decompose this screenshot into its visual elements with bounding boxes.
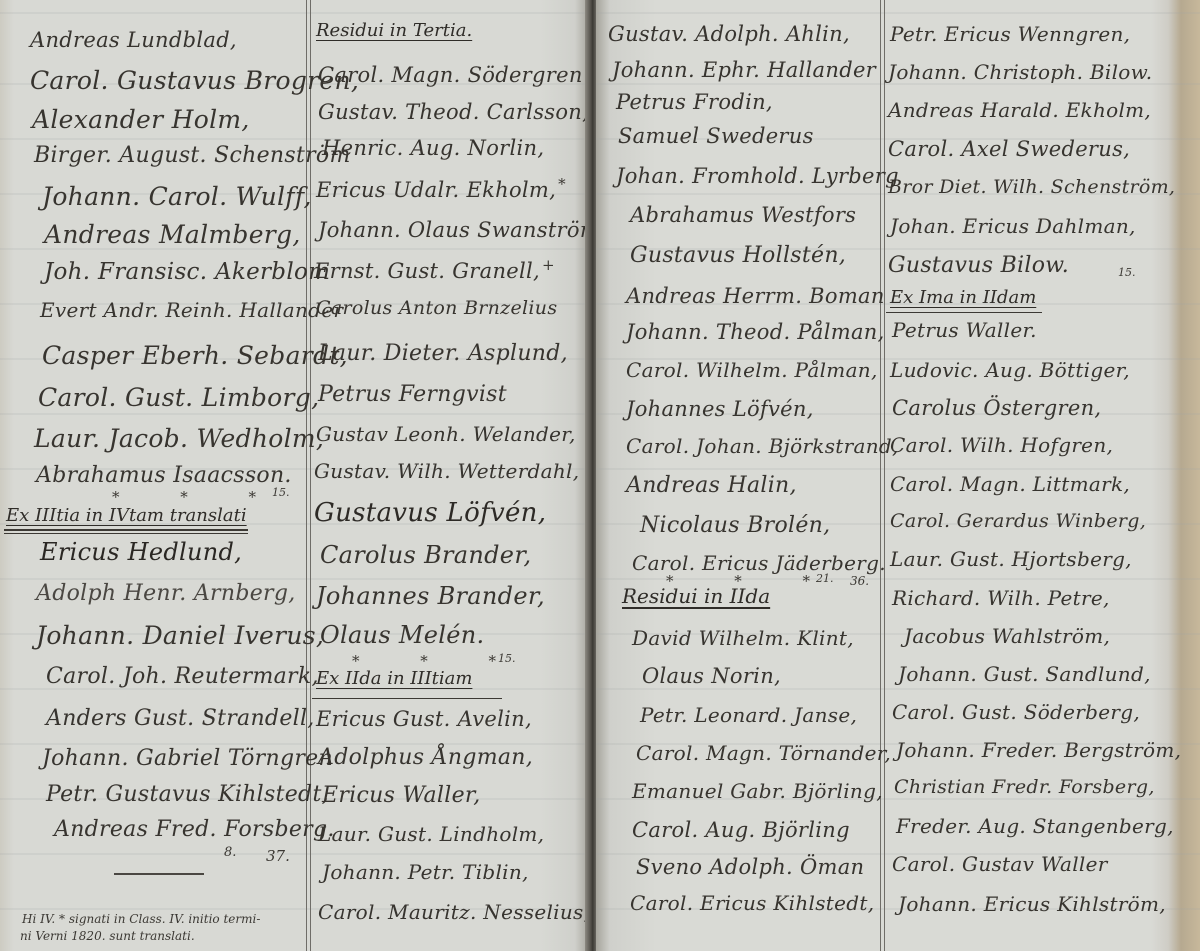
name-entry: Joh. Fransisc. Akerblom [44,259,330,285]
name-entry: Gustavus Hollstén, [630,243,846,268]
name-entry: Carol. Axel Swederus, [888,137,1130,161]
name-entry: Carol. Gerardus Winberg, [890,510,1146,532]
name-entry: Petrus Waller. [892,318,1037,342]
name-entry: Andreas Halin, [626,473,797,498]
section-heading: Ex Ima in IIdam [890,287,1036,308]
name-entry: Jacobus Wahlström, [904,624,1110,648]
name-entry: Johan. Ericus Dahlman, [890,214,1136,238]
tally: 8. [224,845,236,860]
name-entry: Carol. Johan. Björkstrand, [626,434,899,458]
name-entry: Henric. Aug. Norlin, [322,136,544,160]
section-heading: Ex IIda in IIItiam [316,668,472,689]
section-heading: Ex IIItia in IVtam translati [6,505,247,526]
name-entry: Ernst. Gust. Granell,+ [314,256,555,283]
ledger-spread: Andreas Lundblad, Carol. Gustavus Brogre… [0,0,1200,951]
name-entry: Laur. Dieter. Asplund, [318,341,568,366]
name-entry: Carol. Joh. Reutermark, [46,664,319,689]
footnote-line: ni Verni 1820. sunt translati. [20,928,195,945]
name-entry: Birger. August. Schenström [34,143,351,168]
name-entry: Carol. Wilh. Hofgren, [890,433,1113,457]
star-mark: * [558,175,566,193]
name-entry: Olaus Melén. [320,621,484,649]
name-entry: Bror Diet. Wilh. Schenström, [888,176,1175,198]
name-entry: Johan. Fromhold. Lyrberg [616,164,899,188]
name-entry: Sveno Adolph. Öman [636,855,864,879]
name-entry: Nicolaus Brolén, [640,513,830,538]
name-entry: Petr. Leonard. Janse, [640,703,857,727]
footnote-line: Hi IV. * signati in Class. IV. initio te… [22,911,260,928]
name-entry: Johann. Daniel Iverus, [36,621,324,650]
name-entry: Johann. Theod. Pålman, [626,320,885,344]
name-entry: Gustav. Adolph. Ahlin, [608,22,850,46]
name-entry: Abrahamus Westfors [630,203,856,227]
name-entry: Petr. Ericus Wenngren, [890,22,1130,46]
name-entry: Richard. Wilh. Petre, [892,586,1110,610]
name-entry: Johannes Löfvén, [626,397,814,421]
name-entry: Johann. Petr. Tiblin, [322,860,529,884]
name-entry: Laur. Jacob. Wedholm, [34,424,324,453]
name-entry: Carol. Magn. Littmark, [890,472,1130,496]
name-entry: Adolph Henr. Arnberg, [36,581,296,606]
column-3: Gustav. Adolph. Ahlin, Johann. Ephr. Hal… [596,0,880,951]
name-entry: Casper Eberh. Sebardt, [42,341,348,370]
name-entry: Carol. Ericus Kihlstedt, [630,891,874,915]
name-entry: Gustav. Theod. Carlsson,* [318,97,588,124]
name-entry: Petrus Frodin, [616,90,773,114]
name-entry: Freder. Aug. Stangenberg, [896,814,1174,838]
name-entry: Andreas Fred. Forsberg. [54,817,335,842]
name-entry: Samuel Swederus [618,124,814,148]
name-entry: Petr. Gustavus Kihlstedt, [46,782,329,807]
section-marks: * * * [112,488,284,506]
name-entry: Carol. Gustav Waller [892,852,1108,876]
column-1: Andreas Lundblad, Carol. Gustavus Brogre… [0,0,306,951]
name-entry: Ericus Waller, [322,783,481,808]
column-rule [880,0,881,951]
name-entry: Johann. Carol. Wulff, [42,182,312,211]
name-entry: Alexander Holm, [32,105,250,134]
left-page: Andreas Lundblad, Carol. Gustavus Brogre… [0,0,588,951]
name-entry: Gustavus Löfvén, [314,498,546,528]
name-entry: Johann. Gust. Sandlund, [898,662,1151,686]
heading-rule [4,533,248,534]
name-entry: Carol. Gustavus Brogren, [30,66,359,95]
name-entry: Johann. Gabriel Törngren [42,746,333,771]
name-entry: Johann. Olaus Swanström,* [318,215,588,242]
name-entry: Carol. Mauritz. Nesselius, [318,900,588,924]
name-entry: Andreas Herrm. Boman [626,284,885,308]
name-entry: Ericus Hedlund, [40,538,242,566]
name-entry: Johann. Ephr. Hallander [612,58,876,82]
heading-rule [886,312,1042,313]
name-entry: Andreas Lundblad, [30,28,237,52]
name-entry: Petrus Ferngvist [318,382,507,407]
name-entry: Laur. Gust. Hjortsberg, [890,547,1132,571]
column-4: Petr. Ericus Wenngren, Johann. Christoph… [886,0,1176,951]
name-entry: Carolus Östergren, [892,396,1101,420]
name-entry: Andreas Malmberg, [44,220,301,249]
right-page: Gustav. Adolph. Ahlin, Johann. Ephr. Hal… [596,0,1200,951]
closing-rule [114,873,204,875]
name-entry: Johannes Brander, [316,582,545,610]
heading-rule [312,698,502,699]
section-heading: Residui in IIda [622,584,770,608]
column-2: Residui in Tertia. Carol. Magn. Södergre… [312,0,584,951]
name-entry: Carolus Anton Brnzelius [316,297,557,319]
name-entry: Johann. Freder. Bergström, [896,738,1181,762]
tally: 21. [816,572,834,585]
name-entry: Emanuel Gabr. Björling, [632,779,883,803]
name-entry: Gustav. Wilh. Wetterdahl, [314,459,579,483]
name-entry: Ericus Udalr. Ekholm,* [316,175,566,202]
name-entry: Andreas Harald. Ekholm, [888,98,1151,122]
name-entry: David Wilhelm. Klint, [632,626,854,650]
name-entry: Abrahamus Isaacsson. [36,463,292,488]
name-entry: Carol. Gust. Limborg, [38,383,319,412]
name-entry: Gustav Leonh. Welander, [316,422,576,446]
name-entry: Carol. Gust. Söderberg, [892,700,1140,724]
name-entry: Christian Fredr. Forsberg, [894,776,1155,798]
name-entry: Carol. Wilhelm. Pålman, [626,358,878,382]
name-entry: Johann. Christoph. Bilow. [888,60,1152,84]
name-entry: Carol. Aug. Björling [632,818,850,842]
name-entry: Carol. Magn. Södergren [318,63,583,87]
column-rule [884,0,885,951]
name-entry: Carol. Magn. Törnander, [636,741,891,765]
name-entry: Ludovic. Aug. Böttiger, [890,358,1130,382]
name-entry: Anders Gust. Strandell, [46,706,315,731]
heading-rule [4,529,248,531]
star-mark: + [542,256,555,274]
name-entry: Olaus Norin, [642,664,781,688]
name-entry: Ericus Gust. Avelin, [316,707,532,731]
name-entry: Gustavus Bilow. [888,253,1069,278]
name-entry: Johann. Ericus Kihlström, [898,892,1166,916]
total: 36. [850,574,869,588]
section-heading: Residui in Tertia. [316,20,472,41]
total: 37. [266,847,290,865]
name-entry: Carolus Brander, [320,541,531,569]
name-entry: Laur. Gust. Lindholm, [318,822,544,846]
group-count: 15. [1118,266,1136,279]
name-entry: Evert Andr. Reinh. Hallander [40,298,343,322]
name-entry: Adolphus Ångman, [318,745,533,770]
